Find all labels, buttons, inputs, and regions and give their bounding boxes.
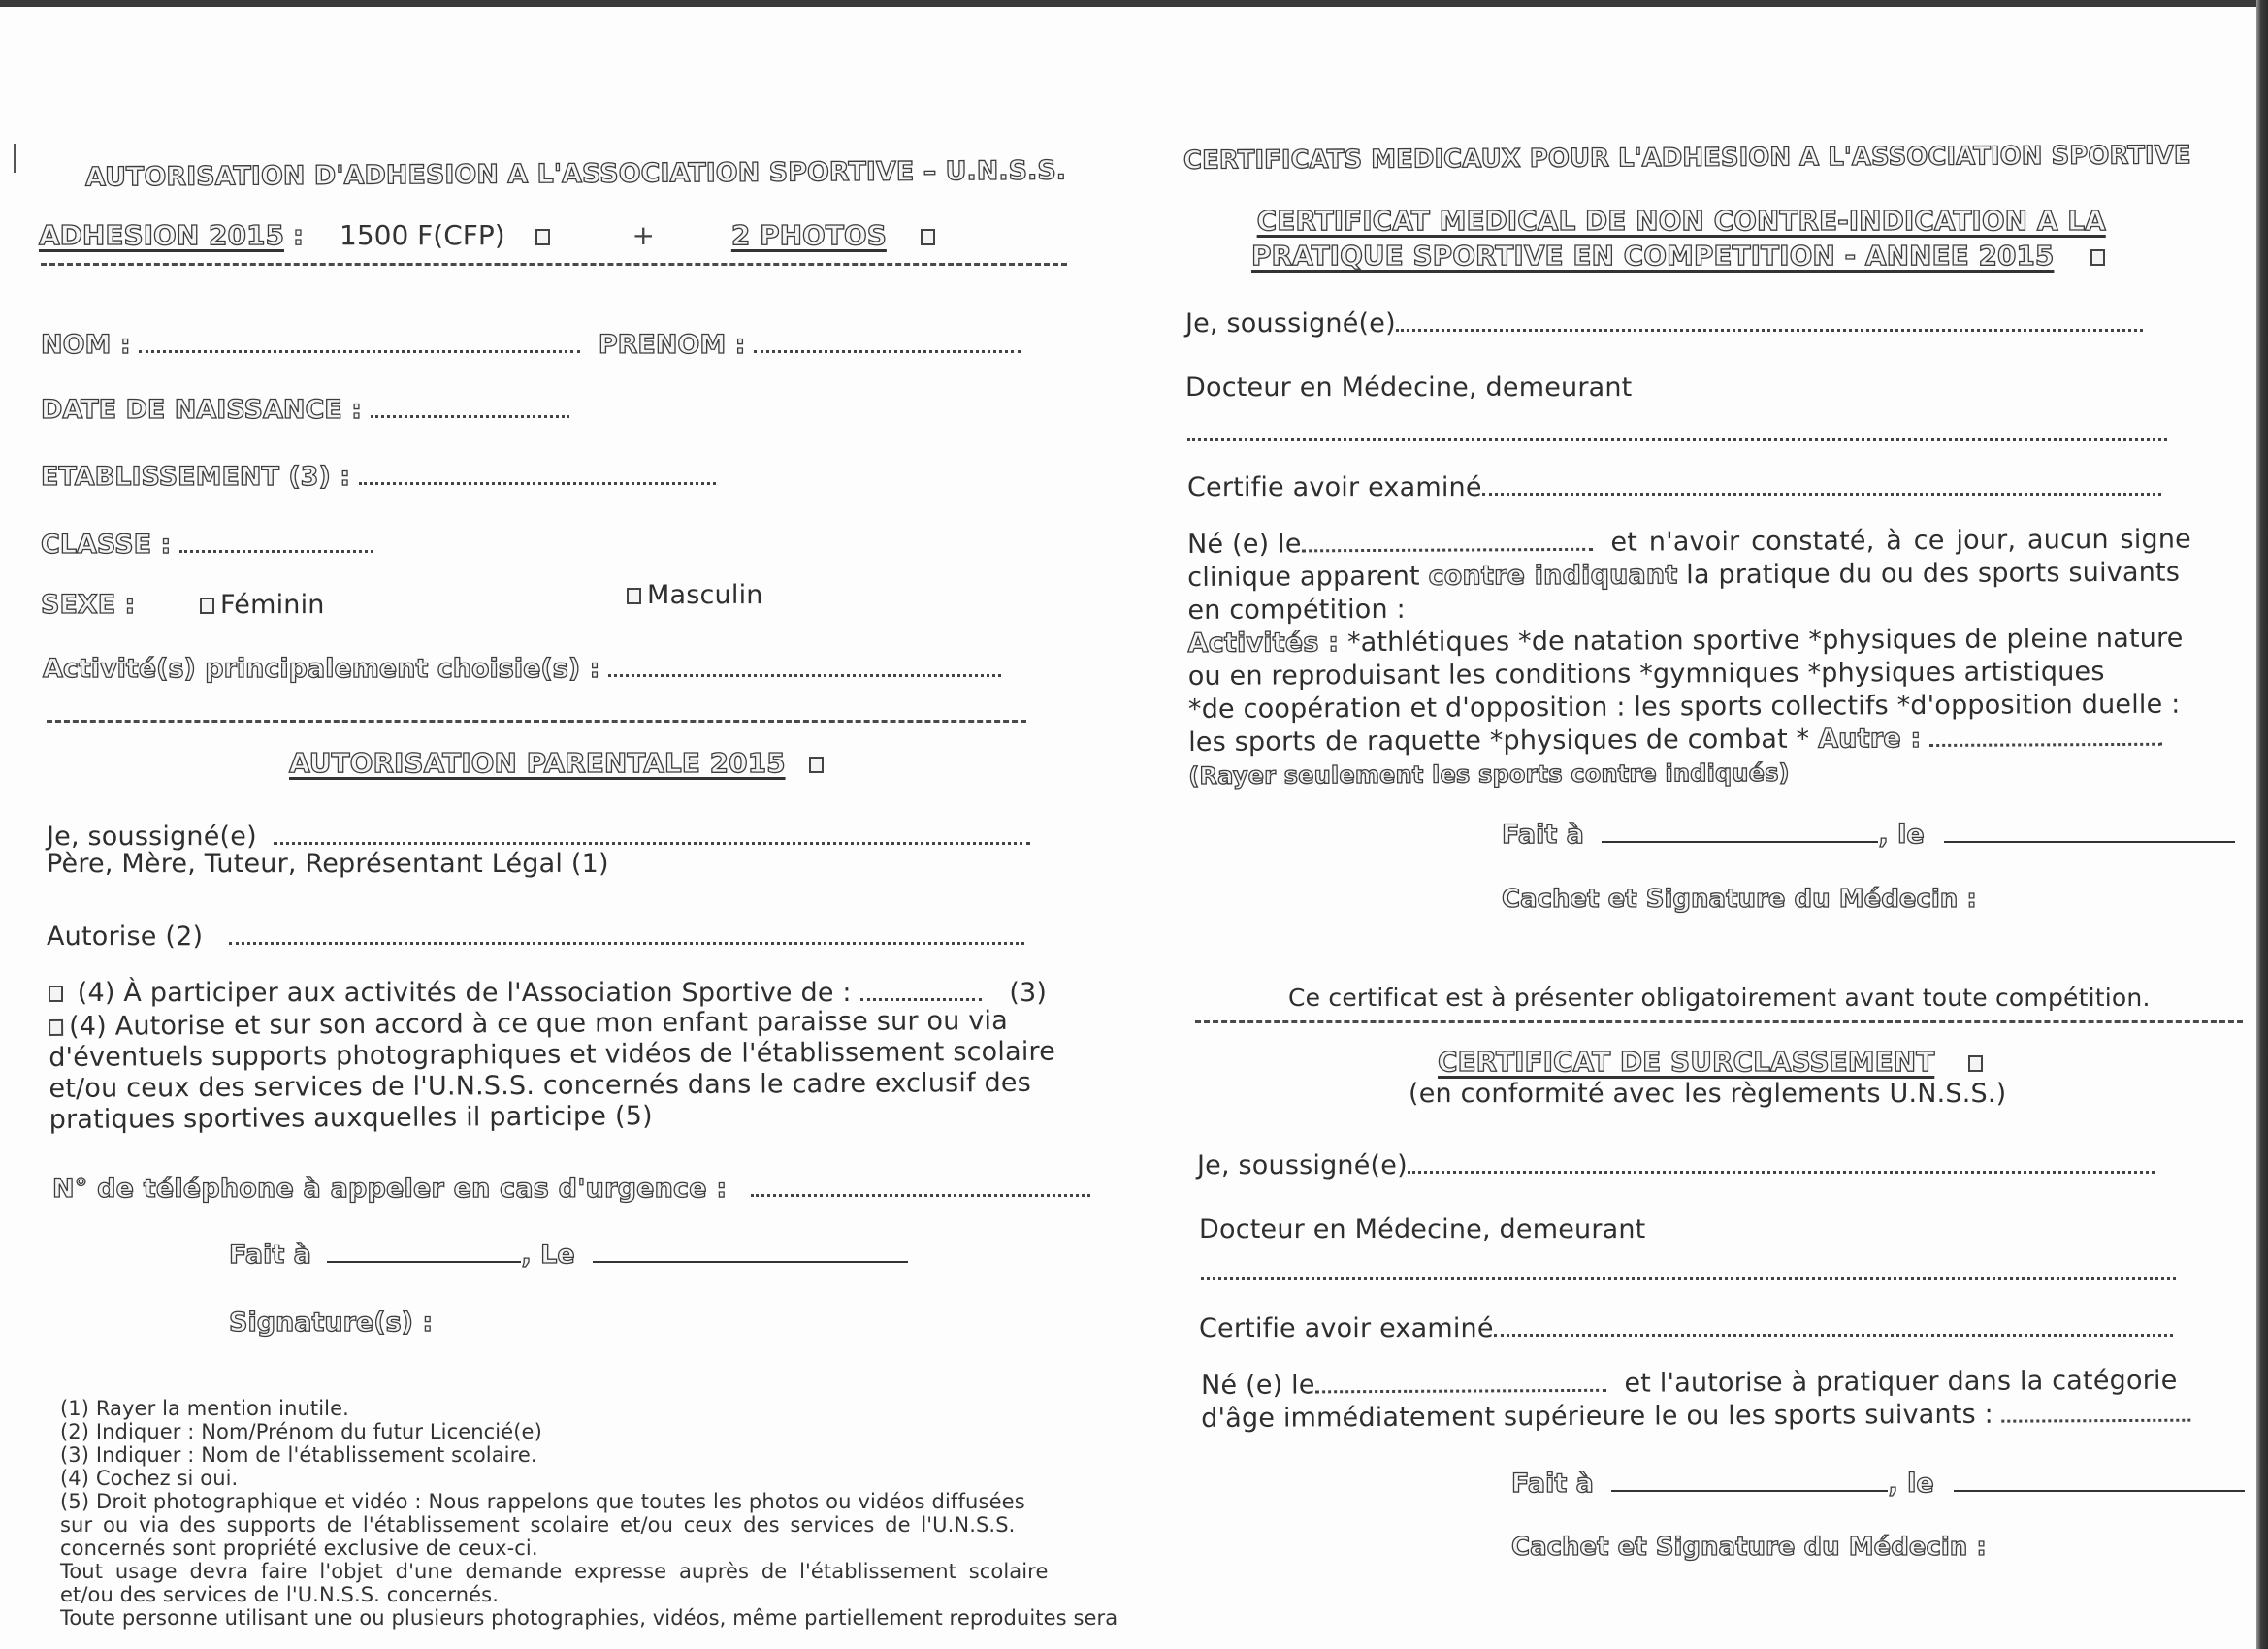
classe-label: CLASSE :: [41, 530, 171, 560]
cert1-title: CERTIFICAT MEDICAL DE NON CONTRE-INDICAT…: [1251, 204, 2111, 274]
autre-label: Autre :: [1818, 724, 1921, 755]
activite-label: Activité(s) principalement choisie(s) :: [43, 654, 599, 684]
soussigne-field[interactable]: [274, 842, 1030, 845]
sexe-row: SEXE :: [41, 590, 135, 620]
media-line: pratiques sportives auxquelles il partic…: [49, 1099, 1056, 1136]
cert1-statement: Né (e) le et n'avoir constaté, à ce jour…: [1187, 524, 2192, 792]
medical-certificates-title: CERTIFICATS MEDICAUX POUR L'ADHESION A L…: [1183, 141, 2191, 175]
prenom-label: PRENOM :: [599, 330, 746, 360]
soussigne-label: Je, soussigné(e): [47, 822, 257, 852]
cert1-soussigne-row: Je, soussigné(e): [1185, 308, 2143, 339]
cert1-address-row: [1187, 427, 2167, 445]
feminin-checkbox[interactable]: [200, 598, 214, 614]
en-competition: en compétition :: [1187, 590, 2191, 628]
footnote: (2) Indiquer : Nom/Prénom du futur Licen…: [60, 1420, 1118, 1443]
activites-label: Activités :: [1188, 628, 1340, 659]
soussigne-field[interactable]: [1396, 329, 2143, 332]
certifie-field[interactable]: [1482, 493, 2161, 496]
cert2-address-row: [1201, 1266, 2176, 1284]
photos-label: 2 PHOTOS: [731, 219, 887, 251]
cert2-soussigne-row: Je, soussigné(e): [1197, 1150, 2155, 1180]
cert1-checkbox[interactable]: [2090, 249, 2105, 266]
phone-row: N° de téléphone à appeler en cas d'urgen…: [52, 1174, 1090, 1204]
media-checkbox[interactable]: [49, 1019, 63, 1036]
nom-label: NOM :: [41, 330, 131, 360]
media-line: (4) Autorise et sur son accord à ce que …: [69, 1006, 1008, 1042]
membership-title: AUTORISATION D'ADHESION A L'ASSOCIATION …: [85, 155, 1066, 192]
activite-field[interactable]: [608, 674, 1001, 677]
cert1-title-line: CERTIFICAT MEDICAL DE NON CONTRE-INDICAT…: [1251, 204, 2111, 239]
ne-le-label: Né (e) le: [1201, 1370, 1315, 1401]
feminin-label: Féminin: [220, 590, 325, 620]
footnote: (5) Droit photographique et vidéo : Nous…: [60, 1490, 1118, 1513]
autorise-label: Autorise (2): [47, 921, 203, 952]
ne-le-suffix: et l'autorise à pratiquer dans la catégo…: [1624, 1366, 2177, 1399]
cert1-title-line: PRATIQUE SPORTIVE EN COMPETITION - ANNEE…: [1251, 240, 2054, 272]
masculin-label: Masculin: [647, 580, 763, 610]
sexe-option-feminin[interactable]: Féminin: [194, 590, 325, 620]
fee-checkbox[interactable]: [535, 229, 550, 245]
birthdate-field[interactable]: [1302, 548, 1593, 553]
birthdate-field[interactable]: [1315, 1389, 1606, 1394]
activites-line: *athlétiques *de natation sportive *phys…: [1347, 624, 2184, 659]
activites-line: ou en reproduisant les conditions *gymni…: [1188, 656, 2192, 694]
activites-line: les sports de raquette *physiques de com…: [1188, 725, 1809, 758]
certifie-label: Certifie avoir examiné: [1187, 472, 1482, 502]
classe-field[interactable]: [179, 550, 373, 553]
dob-row: DATE DE NAISSANCE :: [41, 395, 569, 425]
role-line: Père, Mère, Tuteur, Représentant Légal (…: [47, 849, 609, 879]
soussigne-field[interactable]: [1408, 1171, 2155, 1174]
ne-le-suffix: et n'avoir constaté, à ce jour, aucun si…: [1610, 525, 2191, 558]
masculin-checkbox[interactable]: [627, 588, 641, 604]
cert1-cachet-label: Cachet et Signature du Médecin :: [1502, 885, 1977, 914]
presenter-note: Ce certificat est à présenter obligatoir…: [1288, 984, 2151, 1012]
media-line: et/ou ceux des services de l'U.N.S.S. co…: [49, 1068, 1055, 1105]
le-label: , Le: [521, 1240, 574, 1270]
cert2-cachet-label: Cachet et Signature du Médecin :: [1511, 1533, 1987, 1562]
cert2-docteur-label: Docteur en Médecine, demeurant: [1199, 1214, 1645, 1245]
fait-a-field[interactable]: [1611, 1490, 1888, 1492]
footnote: concernés sont propriété exclusive de ce…: [60, 1536, 1118, 1560]
cert1-certifie-row: Certifie avoir examiné: [1187, 472, 2161, 502]
nom-field[interactable]: [139, 350, 580, 353]
divider: [41, 263, 1067, 266]
date-field[interactable]: [1944, 841, 2235, 843]
soussigne-label: Je, soussigné(e): [1185, 308, 1396, 339]
soussigne-row: Je, soussigné(e): [47, 822, 1030, 852]
phone-label: N° de téléphone à appeler en cas d'urgen…: [52, 1174, 727, 1204]
certifie-field[interactable]: [1494, 1334, 2173, 1337]
adhesion-label: ADHESION 2015: [39, 219, 284, 251]
certifie-label: Certifie avoir examiné: [1199, 1313, 1494, 1343]
nom-row: NOM : PRENOM :: [41, 330, 1021, 360]
clinique-text: clinique apparent: [1187, 562, 1420, 593]
divider: [47, 720, 1026, 723]
footnote: et/ou des services de l'U.N.S.S. concern…: [60, 1583, 1118, 1606]
adhesion-colon: :: [293, 219, 304, 251]
etab-field[interactable]: [359, 482, 716, 485]
plus-sign: +: [632, 219, 654, 251]
activite-row: Activité(s) principalement choisie(s) :: [43, 654, 1001, 684]
adhesion-row: ADHESION 2015 : 1500 F(CFP) + 2 PHOTOS: [39, 219, 941, 251]
date-field[interactable]: [1954, 1490, 2245, 1492]
scan-mark: [14, 144, 16, 173]
classe-row: CLASSE :: [41, 530, 373, 560]
autorise-row: Autorise (2): [47, 921, 1024, 952]
cert2-title: CERTIFICAT DE SURCLASSEMENT: [1438, 1046, 1934, 1078]
footnote: (4) Cochez si oui.: [60, 1467, 1118, 1490]
parental-title-row: AUTORISATION PARENTALE 2015: [289, 747, 829, 779]
clinique-bold: contre indiquant: [1428, 560, 1677, 591]
etab-label: ETABLISSEMENT (3) :: [41, 462, 350, 492]
footnote: Toute personne utilisant une ou plusieur…: [60, 1606, 1118, 1630]
participation-ref: (3): [1009, 978, 1047, 1008]
autre-field[interactable]: [1929, 743, 2162, 747]
rayer-note: (Rayer seulement les sports contre indiq…: [1188, 755, 2192, 792]
sexe-label: SEXE :: [41, 590, 135, 620]
cert2-certifie-row: Certifie avoir examiné: [1199, 1313, 2173, 1343]
parental-title: AUTORISATION PARENTALE 2015: [289, 747, 786, 779]
ne-le-label: Né (e) le: [1187, 529, 1302, 560]
fait-row: Fait à , Le: [229, 1240, 908, 1270]
activites-line: *de coopération et d'opposition : les sp…: [1188, 689, 2192, 727]
participation-checkbox[interactable]: [49, 986, 63, 1002]
participation-text: (4) À participer aux activités de l'Asso…: [78, 978, 852, 1008]
cert1-fait-row: Fait à , le: [1502, 820, 2235, 850]
photos-checkbox[interactable]: [921, 229, 935, 245]
dob-label: DATE DE NAISSANCE :: [41, 395, 362, 425]
age-line: d'âge immédiatement supérieure le ou les…: [1201, 1400, 1993, 1434]
cert2-statement: Né (e) le et l'autorise à pratiquer dans…: [1201, 1365, 2191, 1436]
fait-a-field[interactable]: [1602, 841, 1878, 843]
association-field[interactable]: [860, 998, 982, 1001]
sexe-option-masculin[interactable]: Masculin: [621, 580, 763, 610]
cert2-checkbox[interactable]: [1968, 1055, 1983, 1072]
sports-field[interactable]: [2002, 1419, 2191, 1423]
scan-top-edge: [0, 0, 2268, 7]
address-field[interactable]: [1187, 438, 2167, 441]
fait-a-field[interactable]: [327, 1261, 521, 1263]
footnotes: (1) Rayer la mention inutile. (2) Indiqu…: [60, 1397, 1118, 1630]
autorise-field[interactable]: [229, 942, 1024, 945]
signature-label: Signature(s) :: [229, 1308, 433, 1338]
footnote: (3) Indiquer : Nom de l'établissement sc…: [60, 1443, 1118, 1467]
clinique-text: la pratique du ou des sports suivants: [1686, 558, 2180, 591]
fee-amount: 1500 F(CFP): [340, 219, 505, 251]
footnote: sur ou via des supports de l'établisseme…: [60, 1513, 1118, 1536]
footnote: (1) Rayer la mention inutile.: [60, 1397, 1118, 1420]
parental-checkbox[interactable]: [809, 757, 824, 773]
fait-a-label: Fait à: [1502, 820, 1584, 850]
le-label: , le: [1878, 820, 1924, 850]
fait-a-label: Fait à: [229, 1240, 311, 1270]
divider: [1195, 1020, 2243, 1023]
consent-media: (4) Autorise et sur son accord à ce que …: [49, 1006, 1055, 1136]
scan-right-edge: [2256, 0, 2268, 1649]
cert2-fait-row: Fait à , le: [1511, 1469, 2245, 1499]
prenom-field[interactable]: [754, 350, 1021, 353]
cert2-title-row: CERTIFICAT DE SURCLASSEMENT: [1438, 1046, 1989, 1078]
date-field[interactable]: [593, 1261, 908, 1263]
consent-participation: (4) À participer aux activités de l'Asso…: [49, 978, 1047, 1008]
etab-row: ETABLISSEMENT (3) :: [41, 462, 716, 492]
dob-field[interactable]: [371, 415, 569, 418]
soussigne-label: Je, soussigné(e): [1197, 1150, 1408, 1180]
cert1-docteur-label: Docteur en Médecine, demeurant: [1185, 372, 1632, 403]
fait-a-label: Fait à: [1511, 1469, 1594, 1499]
phone-field[interactable]: [751, 1194, 1090, 1197]
footnote: Tout usage devra faire l'objet d'une dem…: [60, 1560, 1118, 1583]
address-field[interactable]: [1201, 1277, 2176, 1280]
le-label: , le: [1888, 1469, 1933, 1499]
cert2-subtitle: (en conformité avec les règlements U.N.S…: [1409, 1079, 2006, 1109]
